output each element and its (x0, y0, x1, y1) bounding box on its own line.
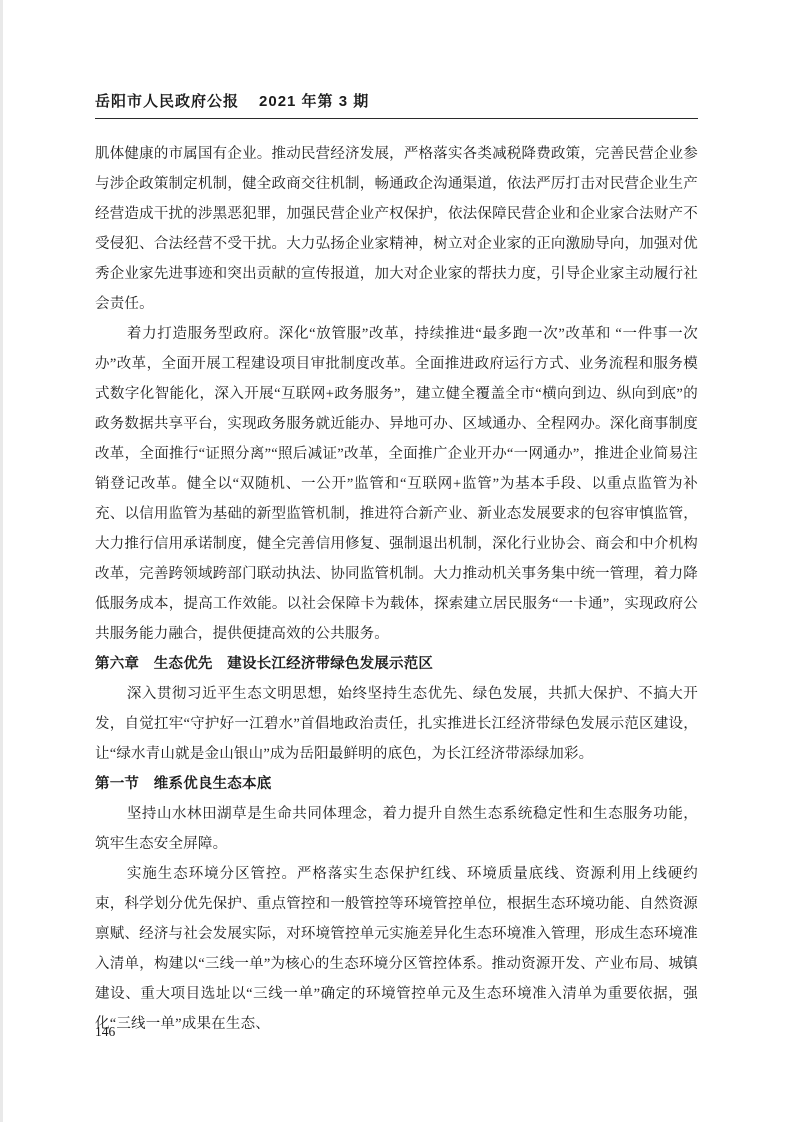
gazette-title: 岳阳市人民政府公报 (95, 92, 239, 112)
paragraph-continued: 肌体健康的市属国有企业。推动民营经济发展，严格落实各类减税降费政策，完善民营企业… (95, 139, 698, 319)
paragraph-zoning-control: 实施生态环境分区管控。严格落实生态保护红线、环境质量底线、资源利用上线硬约束，科… (95, 859, 698, 1039)
gazette-page: 岳阳市人民政府公报 2021 年第 3 期 肌体健康的市属国有企业。推动民营经济… (0, 0, 793, 1122)
paragraph-ecology-intro: 深入贯彻习近平生态文明思想，始终坚持生态优先、绿色发展，共抓大保护、不搞大开发，… (95, 679, 698, 769)
paragraph-ecology-barrier: 坚持山水林田湖草是生命共同体理念，着力提升自然生态系统稳定性和生态服务功能，筑牢… (95, 799, 698, 859)
document-body: 肌体健康的市属国有企业。推动民营经济发展，严格落实各类减税降费政策，完善民营企业… (95, 139, 698, 1039)
paragraph-service-government: 着力打造服务型政府。深化“放管服”改革，持续推进“最多跑一次”改革和 “一件事一… (95, 319, 698, 649)
gazette-header: 岳阳市人民政府公报 2021 年第 3 期 (95, 92, 698, 119)
page-number: 146 (95, 1024, 115, 1040)
chapter-heading: 第六章 生态优先 建设长江经济带绿色发展示范区 (95, 649, 698, 679)
scan-edge-shadow (0, 0, 3, 1122)
page-content: 岳阳市人民政府公报 2021 年第 3 期 肌体健康的市属国有企业。推动民营经济… (95, 92, 698, 1039)
gazette-issue: 2021 年第 3 期 (259, 92, 369, 112)
section-heading: 第一节 维系优良生态本底 (95, 769, 698, 799)
